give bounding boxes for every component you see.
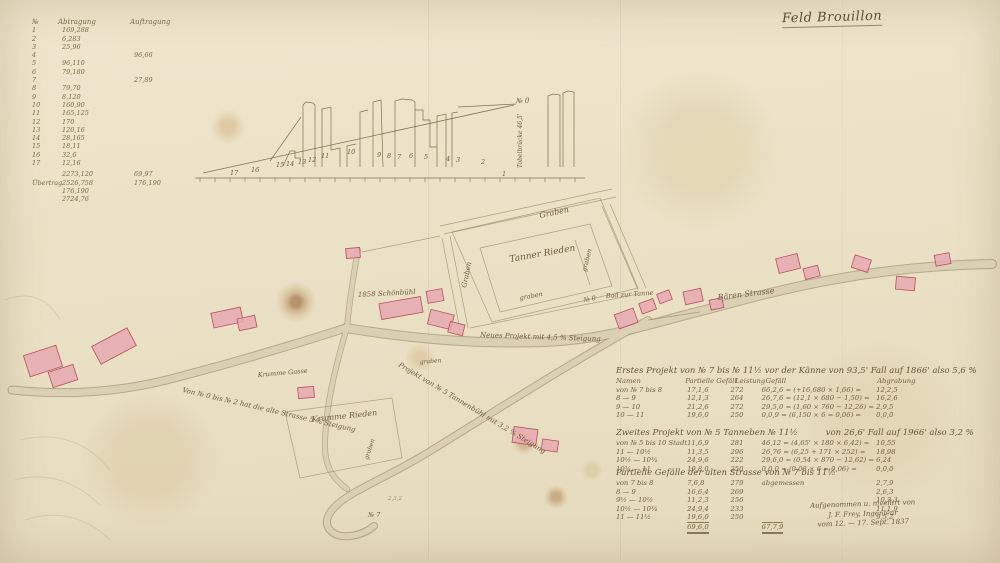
label-graben-bottom: graben <box>519 290 543 302</box>
graben-top-lines <box>440 189 616 234</box>
station-label: 10 <box>347 148 355 156</box>
terrain-hatching <box>5 296 110 540</box>
project2-title: Zweites Projekt von № 5 Tanneben № 11½ <box>616 428 798 439</box>
table-row: 8 — 916,6,42692,6,3 <box>616 488 916 497</box>
krumme-rieden-outline <box>285 398 402 478</box>
label-projekt-no5: Projekt von № 5 Tannenbühl mit 3,2 % Ste… <box>396 360 547 455</box>
building <box>934 253 951 266</box>
hdr-partielle: Partielle Gefäll <box>685 377 735 386</box>
building <box>851 255 871 273</box>
building <box>803 265 820 279</box>
station-label: 2 <box>480 158 485 166</box>
signature-block: Aufgenommen u. nivellirt von J. F. Frey,… <box>793 498 934 531</box>
building <box>895 276 915 291</box>
station-label: 4 <box>445 155 450 163</box>
station-label: 8 <box>387 152 391 160</box>
hdr-gefaell: Gefäll <box>766 377 877 386</box>
field-draft-sheet: Feld Brouillon № Abtragung Auftragung 11… <box>0 0 1000 563</box>
label-krumme-gasse: Krumme Gasse <box>256 367 308 379</box>
sum-abgrabung: 67,7,9 <box>762 522 784 534</box>
station-label: 1 <box>502 170 506 178</box>
station-label: 13 <box>298 158 306 166</box>
label-schoenbuehl: 1858 Schönbühl <box>358 288 416 299</box>
label-bad-zur-tanne: Bad zur Tanne <box>605 289 654 300</box>
table-row: 10 — 1119,6,02500,0,9 = (6,150 × 6 = 0,0… <box>616 411 916 420</box>
table-row: von № 7 bis 817,1,627266,2,6 = (+16,680 … <box>616 386 916 395</box>
station-label: 6 <box>409 152 413 160</box>
label-graben-top: Graben <box>539 205 570 220</box>
project1-title: Erstes Projekt von № 7 bis № 11½ vor der… <box>616 366 916 377</box>
station-label: 9 <box>377 151 381 159</box>
table-row: 9 — 1021,2,627229,5,0 = (1,60 × 760 − 12… <box>616 403 916 412</box>
hdr-namen: Namen <box>616 377 685 386</box>
building <box>683 288 703 304</box>
sum-partielle: 69,6,0 <box>687 522 709 534</box>
label-graben-right: graben <box>580 248 593 273</box>
label-graben-left: Graben <box>460 261 473 289</box>
old-road-title: Partielle Gefälle der alten Strasse von … <box>616 468 916 479</box>
label-tanner-rieden: Tanner Rieden <box>509 244 577 265</box>
building <box>448 321 465 335</box>
grade-line <box>203 105 514 173</box>
station-label: 7 <box>397 153 402 161</box>
station-label: 3 <box>456 156 460 164</box>
project2-title2: von 26,6' Fall auf 1966' also 3,2 % <box>826 428 974 439</box>
station-label: 14 <box>286 160 294 168</box>
building <box>298 386 315 398</box>
label-small-note: 2,3,2 <box>387 496 402 502</box>
label-graben-mid: graben <box>420 357 442 366</box>
upper-parcel-line <box>362 236 440 252</box>
building <box>639 299 657 314</box>
hdr-abgrabung: Abgrabung <box>877 377 916 386</box>
label-graben-krumme: graben <box>363 438 376 461</box>
profile-stations: 17 16 15 14 13 12 11 10 9 8 7 6 5 4 3 2 … <box>230 148 506 178</box>
building <box>776 254 801 274</box>
project-no5-road <box>327 320 648 536</box>
table-row: von 7 bis 87,6,8279abgemessen2,7,9 <box>616 479 916 488</box>
table-row: 11 — 10½11,3,529626,76 = (6,25 + 171 × 2… <box>616 448 916 457</box>
station-label: 11 <box>321 152 329 160</box>
project1-table: Erstes Projekt von № 7 bis № 11½ vor der… <box>616 366 916 420</box>
table-row: 8 — 912,1,326426,7,6 = (12,1 × 680 − 1,5… <box>616 394 916 403</box>
building <box>379 296 423 319</box>
building <box>92 328 137 364</box>
label-no7-map: № 7 <box>367 511 381 519</box>
profile-end-label: № 0 <box>515 97 530 105</box>
hdr-leistung: Leistung <box>735 377 765 386</box>
station-label: 12 <box>308 156 316 164</box>
station-label: 5 <box>424 153 428 161</box>
station-label: 16 <box>251 166 259 174</box>
profile-ticks <box>200 178 575 182</box>
project2-table: Zweites Projekt von № 5 Tanneben № 11½ v… <box>616 428 916 473</box>
building <box>346 247 361 258</box>
table-row: 10½ — 10¾24,9,622229,6,0 = (0,54 × 870 −… <box>616 456 916 465</box>
table-row: von № 5 bis 10 Stadt11,6,928146,12 = (4,… <box>616 439 916 448</box>
station-label: 17 <box>230 169 239 177</box>
building <box>426 289 444 304</box>
building <box>657 290 673 304</box>
station-label: 15 <box>276 161 284 169</box>
new-project-road <box>346 264 992 342</box>
bridge-label: Tobelbrücke 46,5' <box>517 113 524 168</box>
